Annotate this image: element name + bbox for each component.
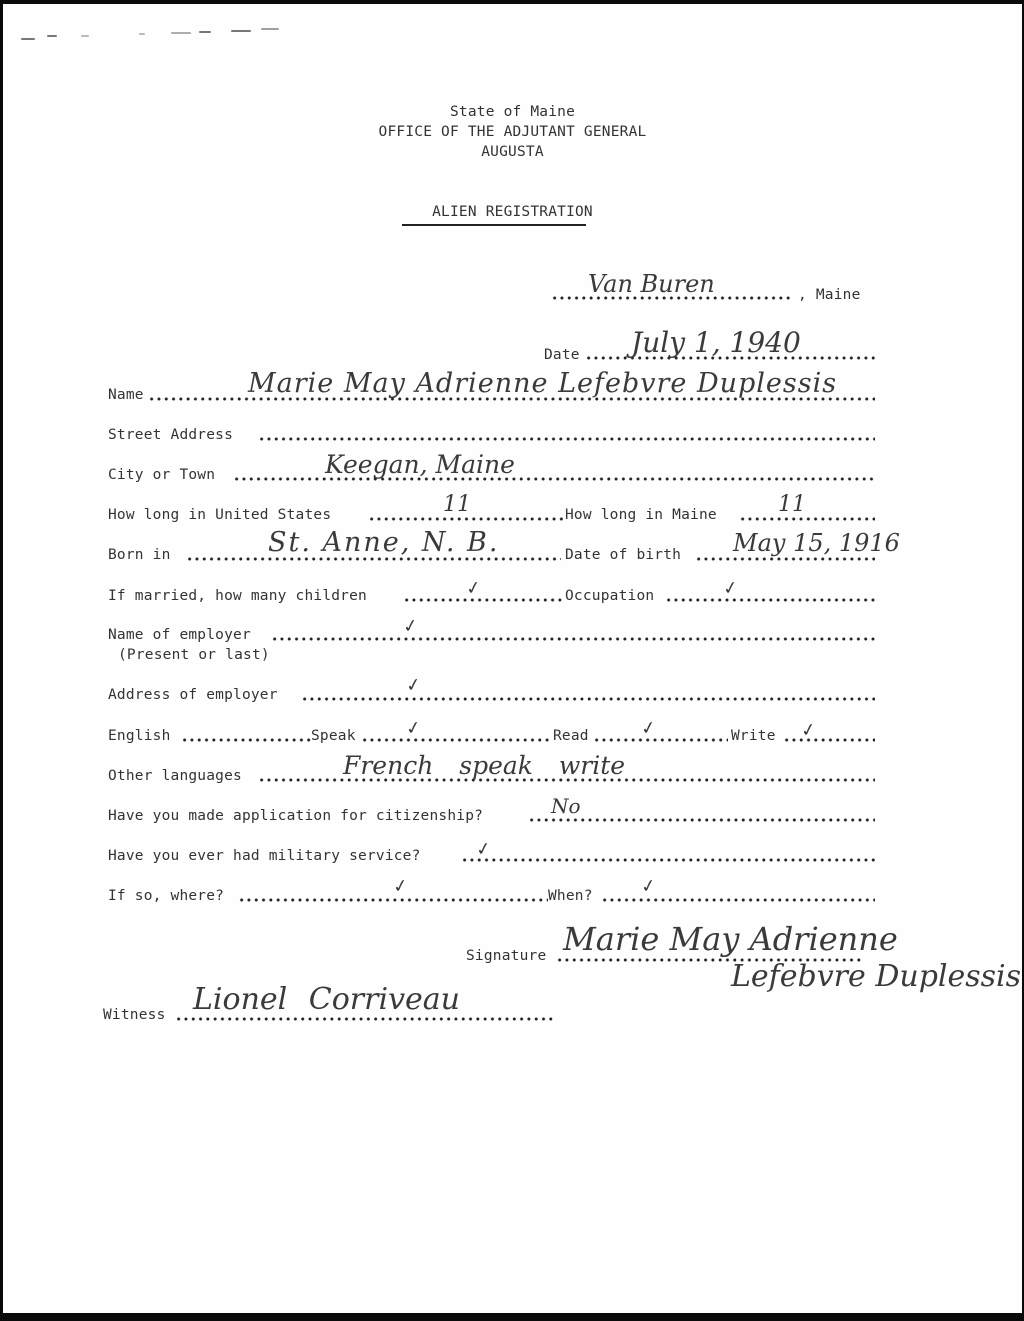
read-label: Read: [553, 728, 589, 744]
date-of-birth-value: May 15, 1916: [733, 529, 900, 557]
children-line: [403, 598, 563, 602]
employer-address-checkmark-icon: ✓: [404, 674, 423, 697]
date-label: Date: [544, 347, 580, 363]
street-address-label: Street Address: [108, 427, 233, 443]
born-in-value: St. Anne, N. B.: [268, 527, 499, 558]
citizenship-value: No: [551, 794, 581, 818]
write-line: [783, 738, 875, 742]
where-line: [238, 898, 548, 902]
citizenship-line: [528, 818, 875, 822]
form-title: ALIEN REGISTRATION: [3, 204, 1022, 220]
witness-value: Lionel Corriveau: [193, 982, 460, 1017]
how-long-maine-line: [739, 517, 875, 521]
header-city: AUGUSTA: [3, 144, 1022, 160]
street-address-line: [258, 437, 875, 441]
employer-name-label: Name of employer: [108, 627, 251, 643]
when-line: [601, 898, 875, 902]
where-label: If so, where?: [108, 888, 224, 904]
witness-label: Witness: [103, 1007, 166, 1023]
employer-name-checkmark-icon: ✓: [401, 615, 420, 638]
employer-name-sublabel: (Present or last): [118, 647, 270, 663]
state-label: , Maine: [798, 287, 861, 303]
read-checkmark-icon: ✓: [639, 717, 658, 740]
signature-label: Signature: [466, 948, 546, 964]
scan-artifact-marks: [21, 24, 291, 48]
town-value: Van Buren: [588, 270, 715, 298]
employer-address-label: Address of employer: [108, 687, 278, 703]
city-value: Keegan, Maine: [325, 450, 515, 479]
read-line: [593, 738, 728, 742]
how-long-maine-value: 11: [778, 492, 806, 517]
children-label: If married, how many children: [108, 588, 367, 604]
other-languages-label: Other languages: [108, 768, 242, 784]
form-title-underline: [402, 224, 586, 226]
born-in-label: Born in: [108, 547, 171, 563]
date-of-birth-line: [695, 557, 875, 561]
military-checkmark-icon: ✓: [474, 838, 493, 861]
name-value: Marie May Adrienne Lefebvre Duplessis: [248, 368, 837, 399]
witness-line: [175, 1017, 555, 1021]
citizenship-label: Have you made application for citizenshi…: [108, 808, 483, 824]
date-of-birth-label: Date of birth: [565, 547, 681, 563]
where-checkmark-icon: ✓: [391, 875, 410, 898]
date-value: July 1, 1940: [631, 326, 801, 359]
write-checkmark-icon: ✓: [799, 719, 818, 742]
signature-line1: Marie May Adrienne: [563, 920, 898, 958]
occupation-label: Occupation: [565, 588, 654, 604]
military-service-line: [461, 858, 875, 862]
signature-line2: Lefebvre Duplessis: [731, 959, 1021, 994]
header-office: OFFICE OF THE ADJUTANT GENERAL: [3, 124, 1022, 140]
speak-label: Speak: [311, 728, 356, 744]
name-label: Name: [108, 387, 144, 403]
how-long-maine-label: How long in Maine: [565, 507, 717, 523]
write-label: Write: [731, 728, 776, 744]
english-line: [181, 738, 311, 742]
header-state: State of Maine: [3, 104, 1022, 120]
english-label: English: [108, 728, 171, 744]
military-service-label: Have you ever had military service?: [108, 848, 421, 864]
alien-registration-form: State of Maine OFFICE OF THE ADJUTANT GE…: [3, 4, 1022, 1313]
how-long-us-line: [368, 517, 563, 521]
when-label: When?: [548, 888, 593, 904]
employer-name-line: [271, 637, 875, 641]
city-label: City or Town: [108, 467, 215, 483]
other-languages-value: French speak write: [343, 751, 625, 780]
children-checkmark-icon: ✓: [464, 577, 483, 600]
employer-address-line: [301, 697, 875, 701]
how-long-us-label: How long in United States: [108, 507, 331, 523]
occupation-checkmark-icon: ✓: [721, 577, 740, 600]
speak-checkmark-icon: ✓: [404, 717, 423, 740]
when-checkmark-icon: ✓: [639, 875, 658, 898]
speak-line: [361, 738, 551, 742]
how-long-us-value: 11: [443, 492, 471, 517]
occupation-line: [665, 598, 875, 602]
